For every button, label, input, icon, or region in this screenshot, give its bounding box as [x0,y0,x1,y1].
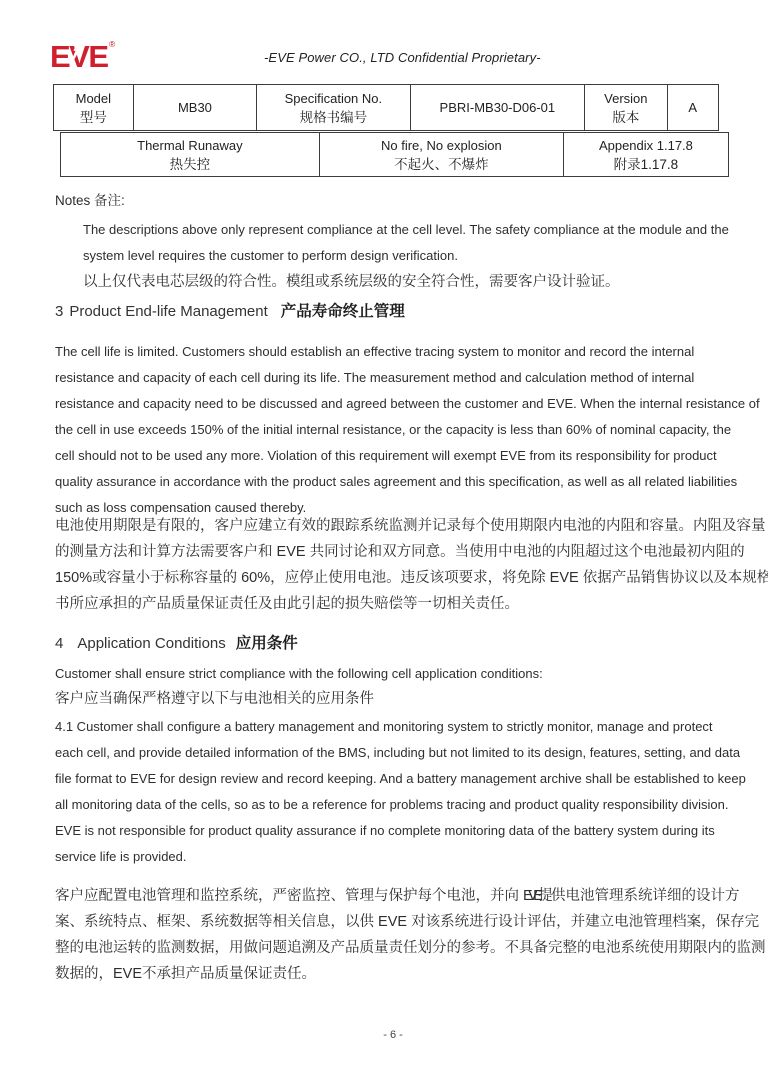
model-value-cell: MB30 [134,85,258,130]
eve-logo-icon: EVE ® [50,35,120,75]
clause41-paragraph-en: 4.1 Customer shall configure a battery m… [55,714,746,870]
notes-body: The descriptions above only represent co… [83,217,729,295]
appendix-zh: 附录1.17.8 [614,155,679,174]
version-label-zh: 版本 [612,108,639,127]
spec-no-label-cell: Specification No. 规格书编号 [257,85,410,130]
section4-heading: 4Application Conditions应用条件 [55,631,298,653]
test-item-zh: 热失控 [170,155,211,174]
version-value: A [688,98,697,117]
section3-number: 3 [55,303,63,320]
model-value: MB30 [178,98,212,117]
paragraph-line: all monitoring data of the cells, so as … [55,792,746,818]
confidential-header: -EVE Power CO., LTD Confidential Proprie… [264,50,541,65]
section3-paragraph-en: The cell life is limited. Customers shou… [55,339,760,521]
section4-number: 4 [55,635,63,652]
paragraph-line: cell should not to be used any more. Vio… [55,443,760,469]
test-result-en: No fire, No explosion [381,136,502,155]
model-label-zh: 型号 [80,108,107,127]
overlapped-glyphs: EVE提 [523,888,548,904]
notes-line: system level requires the customer to pe… [83,243,729,269]
version-label-cell: Version 版本 [585,85,667,130]
paragraph-line: file format to EVE for design review and… [55,766,746,792]
paragraph-line: 数据的，EVE不承担产品质量保证责任。 [55,961,766,987]
paragraph-line: 整的电池运转的监测数据，用做问题追溯及产品质量责任划分的参考。不具备完整的电池系… [55,935,766,961]
model-label-cell: Model 型号 [54,85,134,130]
page-number: - 6 - [0,1029,768,1041]
appendix-cell: Appendix 1.17.8 附录1.17.8 [564,133,728,176]
paragraph-line: 150%或容量小于标称容量的 60%，应停止使用电池。违反该项要求，将免除 EV… [55,565,768,591]
spec-no-value: PBRI-MB30-D06-01 [440,98,556,117]
paragraph-line: resistance and capacity of each cell dur… [55,365,760,391]
paragraph-line: 书所应承担的产品质量保证责任及由此引起的损失赔偿等一切相关责任。 [55,591,768,617]
test-result-zh: 不起火、不爆炸 [394,155,489,174]
clause41-paragraph-zh: 客户应配置电池管理和监控系统，严密监控、管理与保护每个电池，并向 EVE提供电池… [55,883,766,987]
section4-title-en: Application Conditions [77,635,225,652]
spec-no-value-cell: PBRI-MB30-D06-01 [411,85,586,130]
test-item-en: Thermal Runaway [137,136,243,155]
paragraph-line: each cell, and provide detailed informat… [55,740,746,766]
spec-no-label-zh: 规格书编号 [300,108,368,127]
section4-title-zh: 应用条件 [236,635,298,652]
notes-line: 以上仅代表电芯层级的符合性。模组或系统层级的安全符合性，需要客户设计验证。 [83,269,729,295]
spec-table: Model 型号 MB30 Specification No. 规格书编号 PB… [53,84,719,131]
paragraph-line: 4.1 Customer shall configure a battery m… [55,714,746,740]
paragraph-line: service life is provided. [55,844,746,870]
section3-title-en: Product End-life Management [69,303,267,320]
paragraph-line: EVE is not responsible for product quali… [55,818,746,844]
paragraph-line: 电池使用期限是有限的，客户应建立有效的跟踪系统监测并记录每个使用期限内电池的内阻… [55,513,768,539]
registered-mark: ® [109,39,116,49]
version-label-en: Version [604,89,647,108]
section3-title-zh: 产品寿命终止管理 [281,303,405,320]
test-item-cell: Thermal Runaway 热失控 [61,133,320,176]
version-value-cell: A [668,85,718,130]
paragraph-line: 的测量方法和计算方法需要客户和 EVE 共同讨论和双方同意。当使用中电池的内阻超… [55,539,768,565]
spec-no-label-en: Specification No. [285,89,383,108]
thermal-runaway-row: Thermal Runaway 热失控 No fire, No explosio… [60,132,729,177]
notes-label: Notes 备注: [55,188,125,214]
model-label-en: Model [76,89,111,108]
eve-logo: EVE ® [50,35,120,75]
paragraph-text: 供电池管理系统详细的设计方 [551,888,740,904]
appendix-en: Appendix 1.17.8 [599,136,693,155]
paragraph-line: The cell life is limited. Customers shou… [55,339,760,365]
paragraph-line: 案、系统特点、框架、系统数据等相关信息，以供 EVE 对该系统进行设计评估，并建… [55,909,766,935]
paragraph-line: quality assurance in accordance with the… [55,469,760,495]
section3-heading: 3Product End-life Management产品寿命终止管理 [55,299,405,321]
test-result-cell: No fire, No explosion 不起火、不爆炸 [320,133,564,176]
paragraph-line: resistance and capacity need to be discu… [55,391,760,417]
document-page: EVE ® -EVE Power CO., LTD Confidential P… [0,0,768,1086]
paragraph-line: the cell in use exceeds 150% of the init… [55,417,760,443]
paragraph-text: 客户应配置电池管理和监控系统，严密监控、管理与保护每个电池，并向 [55,888,523,904]
paragraph-line: 客户应配置电池管理和监控系统，严密监控、管理与保护每个电池，并向 EVE提供电池… [55,883,766,909]
section4-intro-en: Customer shall ensure strict compliance … [55,661,543,687]
notes-line: The descriptions above only represent co… [83,217,729,243]
section3-paragraph-zh: 电池使用期限是有限的，客户应建立有效的跟踪系统监测并记录每个使用期限内电池的内阻… [55,513,768,617]
section4-intro-zh: 客户应当确保严格遵守以下与电池相关的应用条件 [55,686,374,712]
